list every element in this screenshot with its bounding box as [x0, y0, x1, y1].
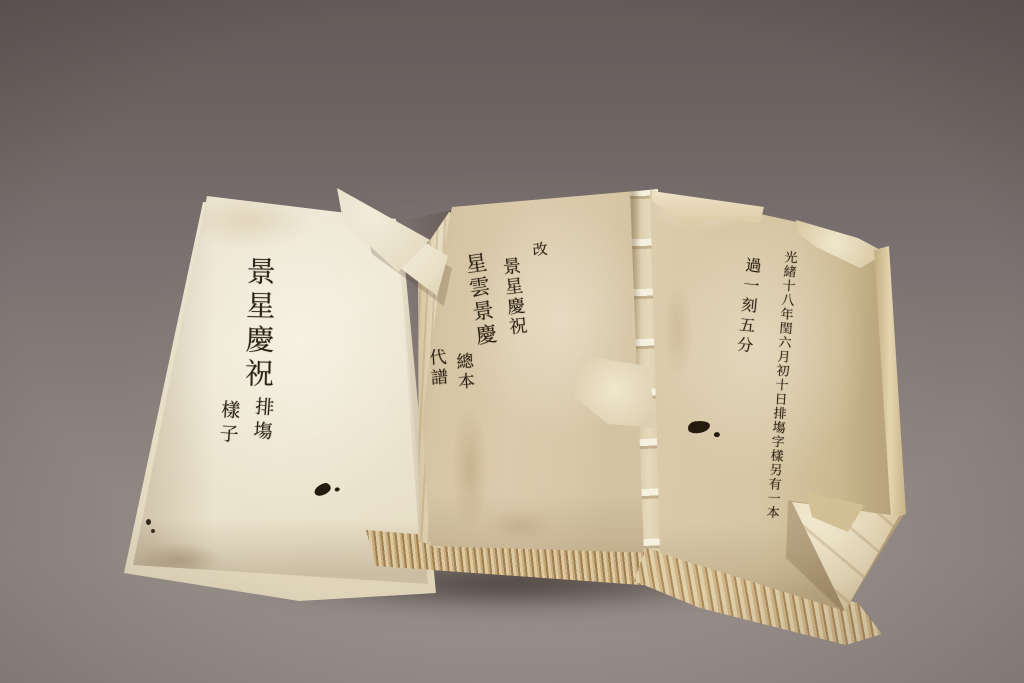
photo-canvas: 景星慶祝 排塲 樣子 改 景星慶祝 星雲景慶 總本 代譜 光緒十八年閏六月初十日… [0, 0, 1024, 683]
left-page-note-right-column: 總本 [453, 352, 473, 393]
left-booklet-ink-specks [146, 519, 151, 525]
left-booklet-note-left-column: 樣子 [217, 399, 239, 448]
left-page-corner-mark: 改 [531, 241, 547, 257]
right-page-date-column: 光緒十八年閏六月初十日排塲字樣另有一本 [764, 250, 796, 520]
left-booklet-ink-blot [313, 482, 333, 498]
right-page-time-column: 過一刻五分 [735, 256, 761, 357]
left-page-large-title-column: 星雲景慶 [463, 251, 497, 349]
left-page-small-title-column: 景星慶祝 [500, 256, 526, 337]
left-booklet-title: 景星慶祝 [243, 256, 274, 392]
right-page-ink-blot [687, 420, 710, 434]
books-contact-shadow [150, 552, 870, 618]
left-booklet-note-right-column: 排塲 [251, 396, 273, 445]
left-page-note-left-column: 代譜 [426, 348, 446, 389]
